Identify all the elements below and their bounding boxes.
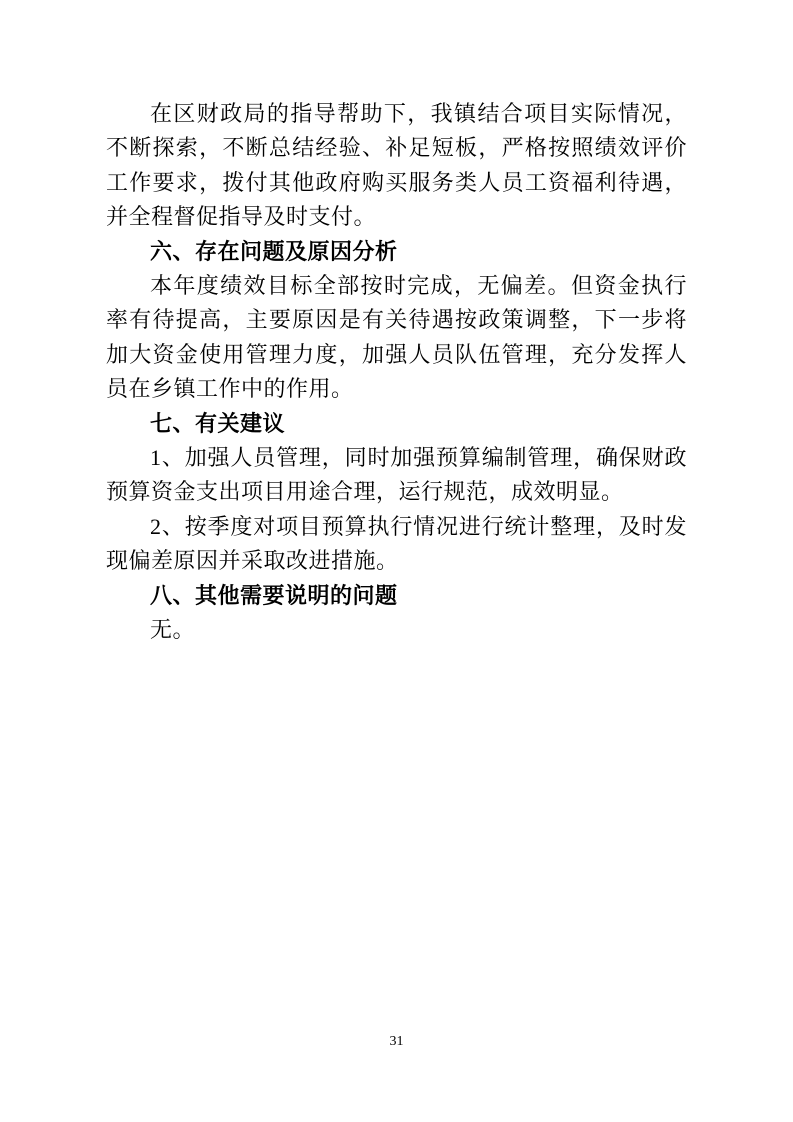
document-body: 在区财政局的指导帮助下，我镇结合项目实际情况，不断探索，不断总结经验、补足短板，…: [106, 97, 687, 648]
section-7-heading: 七、有关建议: [106, 407, 687, 441]
paragraph-continuation: 在区财政局的指导帮助下，我镇结合项目实际情况，不断探索，不断总结经验、补足短板，…: [106, 97, 687, 235]
section-6-paragraph: 本年度绩效目标全部按时完成，无偏差。但资金执行率有待提高，主要原因是有关待遇按政…: [106, 269, 687, 407]
section-8-paragraph: 无。: [106, 613, 687, 647]
document-page: 在区财政局的指导帮助下，我镇结合项目实际情况，不断探索，不断总结经验、补足短板，…: [0, 0, 793, 1122]
section-7-item-2: 2、按季度对项目预算执行情况进行统计整理，及时发现偏差原因并采取改进措施。: [106, 510, 687, 579]
section-6-heading: 六、存在问题及原因分析: [106, 235, 687, 269]
section-8-heading: 八、其他需要说明的问题: [106, 579, 687, 613]
page-footer: 31: [0, 1034, 793, 1050]
section-7-item-1: 1、加强人员管理，同时加强预算编制管理，确保财政预算资金支出项目用途合理，运行规…: [106, 441, 687, 510]
page-number: 31: [390, 1034, 404, 1049]
